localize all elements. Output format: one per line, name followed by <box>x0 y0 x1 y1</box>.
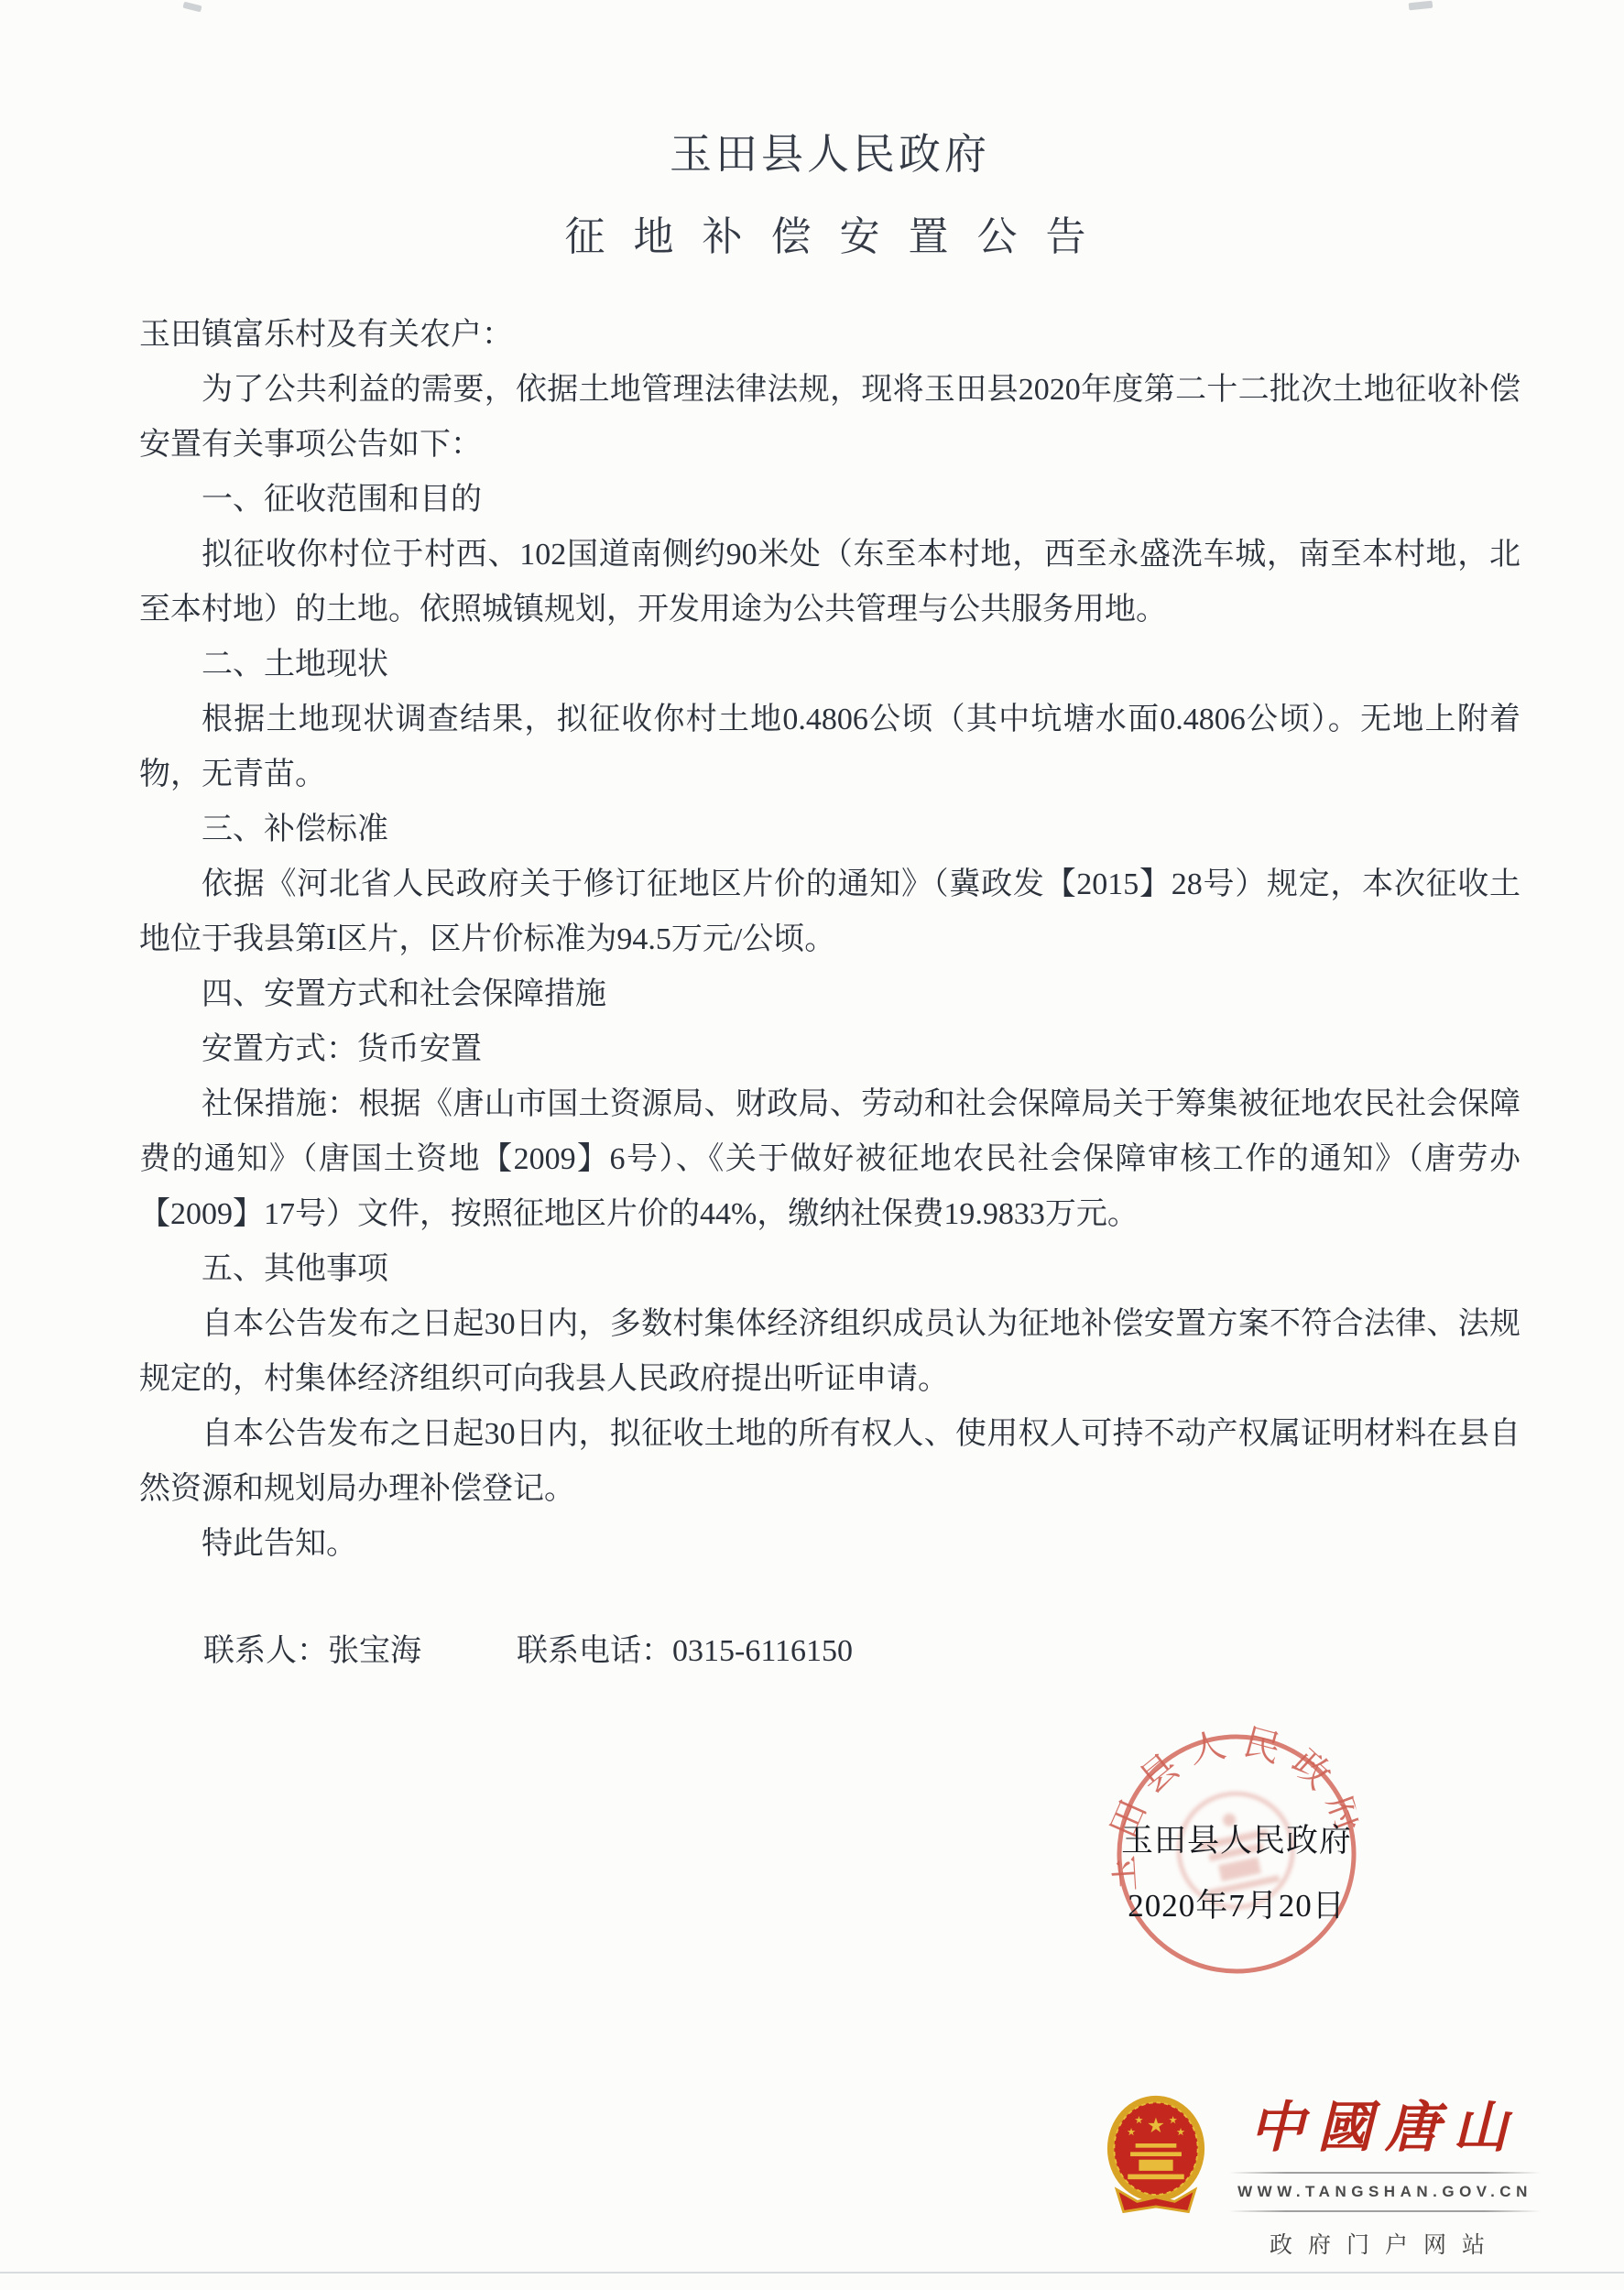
signature-text: 玉田县人民政府 2020年7月20日 <box>1072 1816 1401 1926</box>
announcement-title: 征 地 补 偿 安 置 公 告 <box>139 203 1520 262</box>
scan-artifact <box>182 2 202 13</box>
prc-national-emblem-icon: ★ ★ ★ ★ ★ <box>1105 2094 1207 2219</box>
site-brand: 中國唐山 <box>1229 2094 1541 2163</box>
signature-issuer: 玉田县人民政府 <box>1072 1816 1401 1861</box>
salutation: 玉田镇富乐村及有关农户： <box>139 308 1520 363</box>
intro-paragraph: 为了公共利益的需要，依据土地管理法律法规，现将玉田县2020年度第二十二批次土地… <box>139 363 1520 473</box>
document-header: 玉田县人民政府 征 地 补 偿 安 置 公 告 <box>139 121 1520 262</box>
announcement-body: 玉田镇富乐村及有关农户： 为了公共利益的需要，依据土地管理法律法规，现将玉田县2… <box>139 308 1520 1572</box>
section-2-heading: 二、土地现状 <box>139 638 1520 692</box>
section-4-heading: 四、安置方式和社会保障措施 <box>139 967 1520 1022</box>
svg-text:★: ★ <box>1176 2128 1184 2138</box>
site-url[interactable]: WWW.TANGSHAN.GOV.CN <box>1229 2183 1541 2201</box>
closing-paragraph: 特此告知。 <box>139 1517 1520 1572</box>
section-5-heading: 五、其他事项 <box>139 1242 1520 1297</box>
section-2-paragraph: 根据土地现状调查结果，拟征收你村土地0.4806公顷（其中坑塘水面0.4806公… <box>139 692 1520 802</box>
section-1-paragraph: 拟征收你村位于村西、102国道南侧约90米处（东至本村地，西至永盛洗车城，南至本… <box>139 528 1520 638</box>
hearing-paragraph: 自本公告发布之日起30日内，多数村集体经济组织成员认为征地补偿安置方案不符合法律… <box>139 1297 1520 1407</box>
svg-text:★: ★ <box>1127 2128 1135 2138</box>
scan-artifact <box>1409 1 1433 11</box>
issuing-org-title: 玉田县人民政府 <box>139 121 1520 181</box>
signature-date: 2020年7月20日 <box>1072 1881 1401 1926</box>
resettlement-method-paragraph: 安置方式：货币安置 <box>139 1022 1520 1077</box>
svg-text:★: ★ <box>1148 2117 1165 2136</box>
svg-text:★: ★ <box>1169 2116 1177 2126</box>
social-security-paragraph: 社保措施：根据《唐山市国土资源局、财政局、劳动和社会保障局关于筹集被征地农民社会… <box>139 1077 1520 1242</box>
site-logo[interactable]: ★ ★ ★ ★ ★ 中國唐山 WWW.TANGSHAN.GOV.CN 政府门户网… <box>1105 2094 1541 2260</box>
section-1-heading: 一、征收范围和目的 <box>139 473 1520 528</box>
scanned-announcement-page: 玉田县人民政府 征 地 补 偿 安 置 公 告 玉田镇富乐村及有关农户： 为了公… <box>0 0 1624 2290</box>
page-bottom-rule <box>0 2272 1624 2274</box>
logo-divider <box>1229 2210 1541 2212</box>
contact-phone: 联系电话：0315-6116150 <box>517 1634 853 1668</box>
logo-divider <box>1229 2172 1541 2174</box>
contact-person: 联系人：张宝海 <box>203 1634 421 1668</box>
section-3-heading: 三、补偿标准 <box>139 802 1520 857</box>
registration-paragraph: 自本公告发布之日起30日内，拟征收土地的所有权人、使用权人可持不动产权属证明材料… <box>139 1407 1520 1517</box>
site-logo-text: 中國唐山 WWW.TANGSHAN.GOV.CN 政府门户网站 <box>1229 2094 1541 2260</box>
section-3-paragraph: 依据《河北省人民政府关于修订征地区片价的通知》（冀政发【2015】28号）规定，… <box>139 857 1520 967</box>
site-tagline: 政府门户网站 <box>1229 2227 1541 2260</box>
svg-text:★: ★ <box>1135 2116 1143 2126</box>
signature-block: 玉田县人民政府 玉田县人民政府 2020年7月20日 <box>1110 1728 1363 1980</box>
contact-line: 联系人：张宝海联系电话：0315-6116150 <box>203 1625 853 1670</box>
